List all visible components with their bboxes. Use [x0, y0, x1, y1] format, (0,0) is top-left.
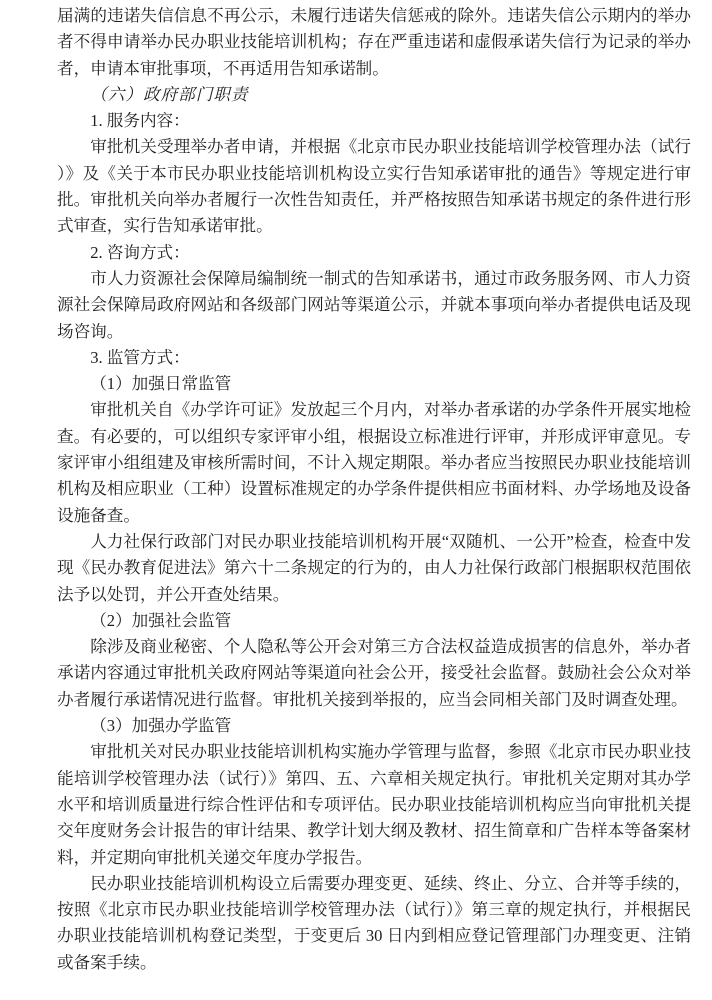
body-paragraph: 民办职业技能培训机构设立后需要办理变更、延续、终止、分立、合并等手续的，按照《北… — [57, 871, 691, 976]
body-paragraph: 审批机关自《办学许可证》发放起三个月内，对举办者承诺的办学条件开展实地检查。有必… — [57, 397, 691, 528]
body-paragraph: 除涉及商业秘密、个人隐私等公开会对第三方合法权益造成损害的信息外，举办者承诺内容… — [57, 634, 691, 713]
document-page: 届满的违诺失信信息不再公示，未履行违诺失信惩戒的除外。违诺失信公示期内的举办者不… — [0, 0, 712, 1000]
section-heading: （六）政府部门职责 — [57, 82, 691, 108]
body-paragraph: 人力社保行政部门对民办职业技能培训机构开展“双随机、一公开”检查，检查中发现《民… — [57, 529, 691, 608]
item-heading: （2）加强社会监管 — [57, 608, 691, 634]
item-heading: （1）加强日常监管 — [57, 371, 691, 397]
body-paragraph: 审批机关受理举办者申请，并根据《北京市民办职业技能培训学校管理办法（试行）》及《… — [57, 134, 691, 239]
body-paragraph: 市人力资源社会保障局编制统一制式的告知承诺书，通过市政务服务网、市人力资源社会保… — [57, 266, 691, 345]
body-paragraph: 届满的违诺失信信息不再公示，未履行违诺失信惩戒的除外。违诺失信公示期内的举办者不… — [57, 3, 691, 82]
body-paragraph: 审批机关对民办职业技能培训机构实施办学管理与监督，参照《北京市民办职业技能培训学… — [57, 739, 691, 870]
document-content: 届满的违诺失信信息不再公示，未履行违诺失信惩戒的除外。违诺失信公示期内的举办者不… — [57, 3, 691, 976]
item-heading: 3. 监管方式： — [57, 345, 691, 371]
item-heading: 1. 服务内容： — [57, 108, 691, 134]
item-heading: （3）加强办学监管 — [57, 713, 691, 739]
item-heading: 2. 咨询方式： — [57, 240, 691, 266]
